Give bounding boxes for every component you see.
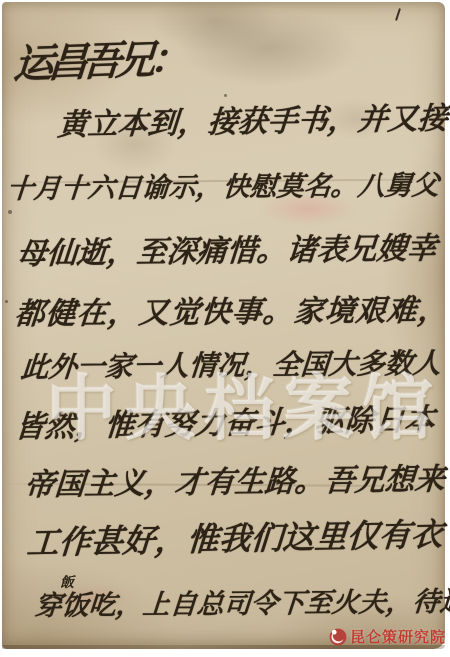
letter-line: 穿饭吃，上自总司令下至火夫，待遇 bbox=[33, 579, 450, 623]
ink-speck bbox=[8, 210, 12, 214]
letter-line: 此外一家一人情况，全国大多数人 bbox=[19, 342, 442, 386]
interlinear-insertion-char: 飯 bbox=[60, 572, 74, 592]
letter-line: 都健在，又觉快事。家境艰难， bbox=[13, 285, 450, 333]
letter-line: 皆然，惟有努力奋斗，驱除日本 bbox=[13, 395, 436, 446]
letter-line: 十月十六日谕示，快慰莫名。八舅父 bbox=[5, 163, 440, 206]
letter-line-salutation: 运昌吾兄： bbox=[12, 27, 186, 90]
kunlun-institute-label: 昆仑策研究院 bbox=[350, 626, 446, 647]
ink-speck bbox=[5, 300, 8, 303]
letter-line: 母仙逝，至深痛惜。诸表兄嫂幸 bbox=[15, 223, 438, 273]
letter-line: 黄立本到，接获手书，并又接 bbox=[56, 93, 449, 144]
letter-line: 工作甚好，惟我们这里仅有衣 bbox=[25, 509, 444, 564]
kunlun-institute-watermark: 昆仑策研究院 bbox=[329, 626, 446, 647]
letter-line: 帝国主义，才有生路。吾兄想来 bbox=[23, 454, 446, 504]
kunlun-circle-logo-icon bbox=[329, 628, 347, 646]
